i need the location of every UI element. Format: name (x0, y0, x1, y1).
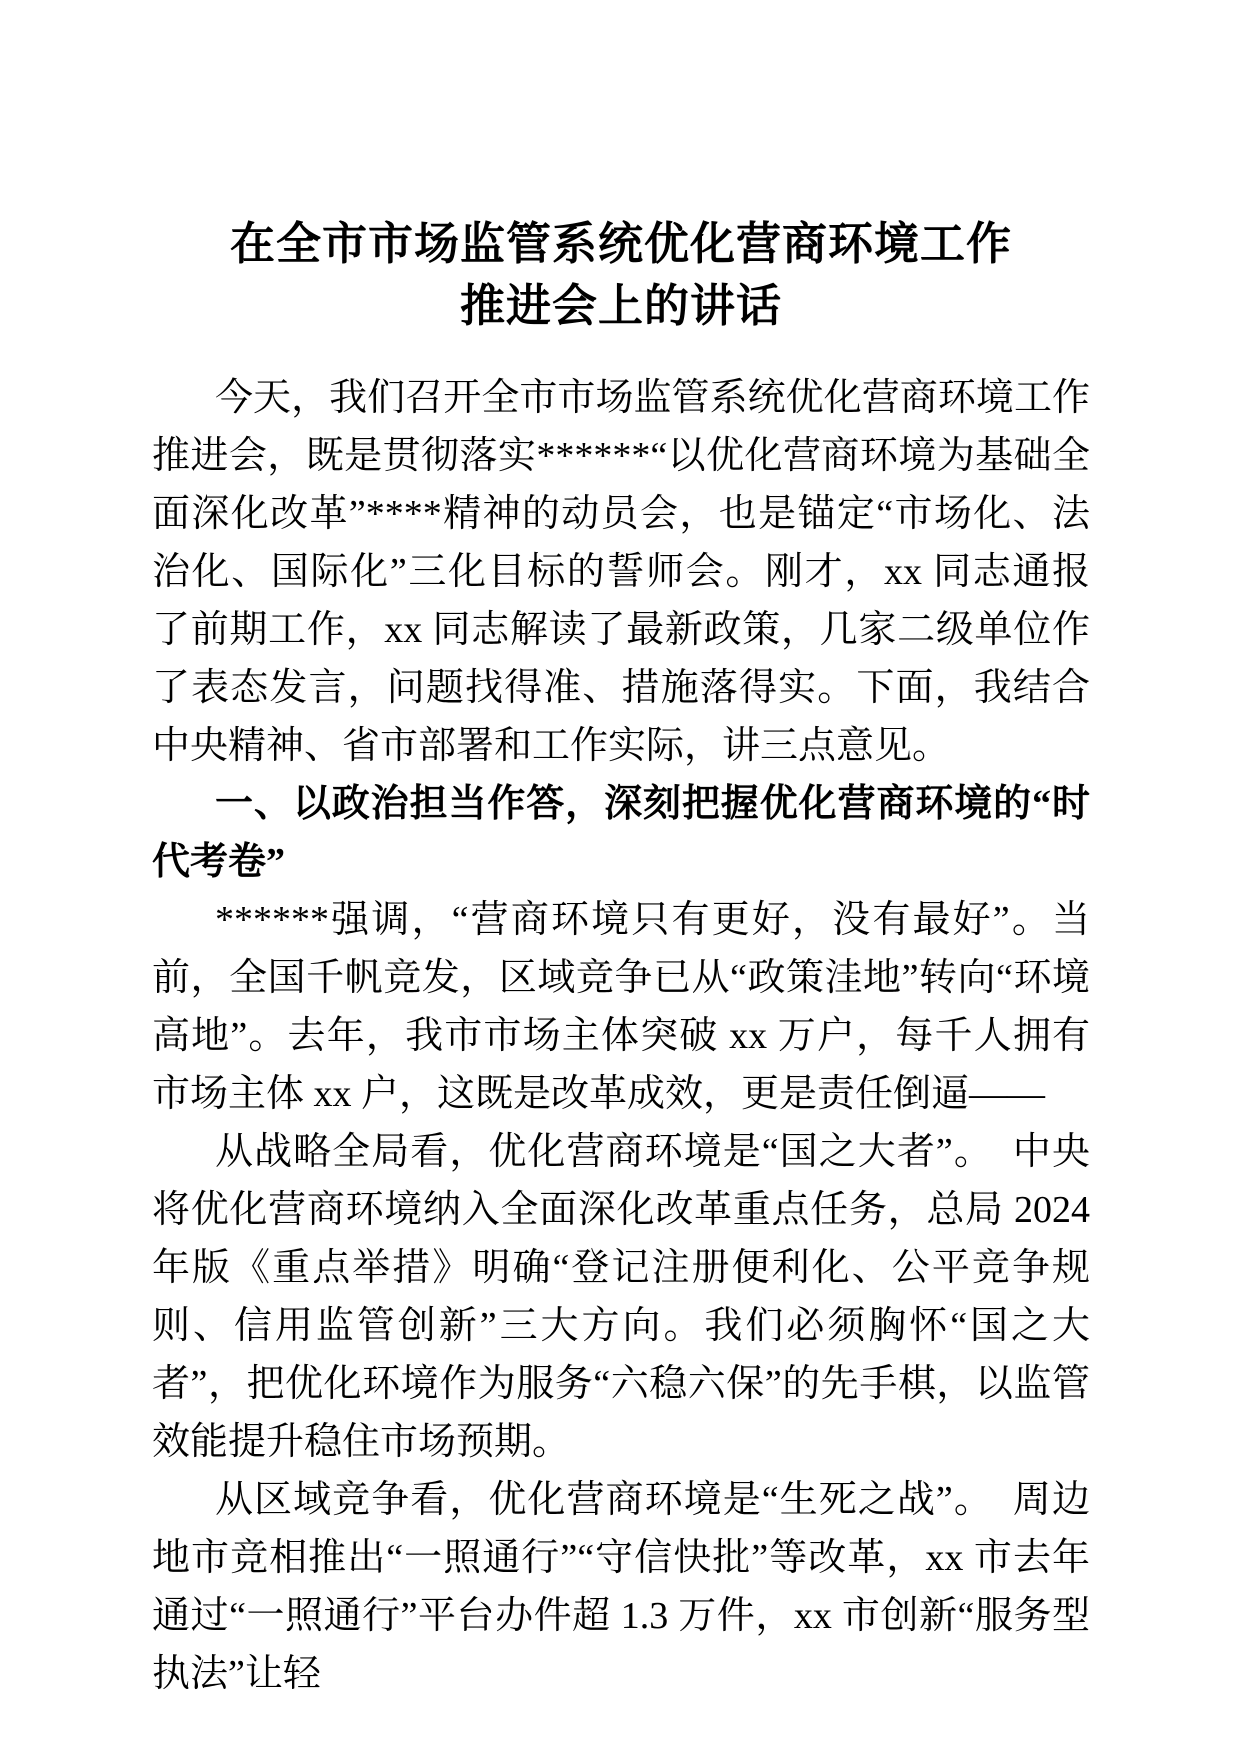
document-title: 在全市市场监管系统优化营商环境工作 推进会上的讲话 (152, 213, 1090, 337)
body-paragraph: 今天，我们召开全市市场监管系统优化营商环境工作推进会，既是贯彻落实******“… (152, 369, 1090, 775)
document-body: 今天，我们召开全市市场监管系统优化营商环境工作推进会，既是贯彻落实******“… (152, 369, 1090, 1703)
document-title-line-1: 在全市市场监管系统优化营商环境工作 (152, 213, 1090, 275)
document-page: 在全市市场监管系统优化营商环境工作 推进会上的讲话 今天，我们召开全市市场监管系… (0, 0, 1240, 1753)
body-paragraph: 从战略全局看，优化营商环境是“国之大者”。 中央将优化营商环境纳入全面深化改革重… (152, 1123, 1090, 1471)
section-heading: 一、以政治担当作答，深刻把握优化营商环境的“时代考卷” (152, 775, 1090, 891)
document-title-line-2: 推进会上的讲话 (152, 275, 1090, 337)
body-paragraph: ******强调，“营商环境只有更好，没有最好”。当前，全国千帆竞发，区域竞争已… (152, 891, 1090, 1123)
body-paragraph: 从区域竞争看，优化营商环境是“生死之战”。 周边地市竞相推出“一照通行”“守信快… (152, 1471, 1090, 1703)
